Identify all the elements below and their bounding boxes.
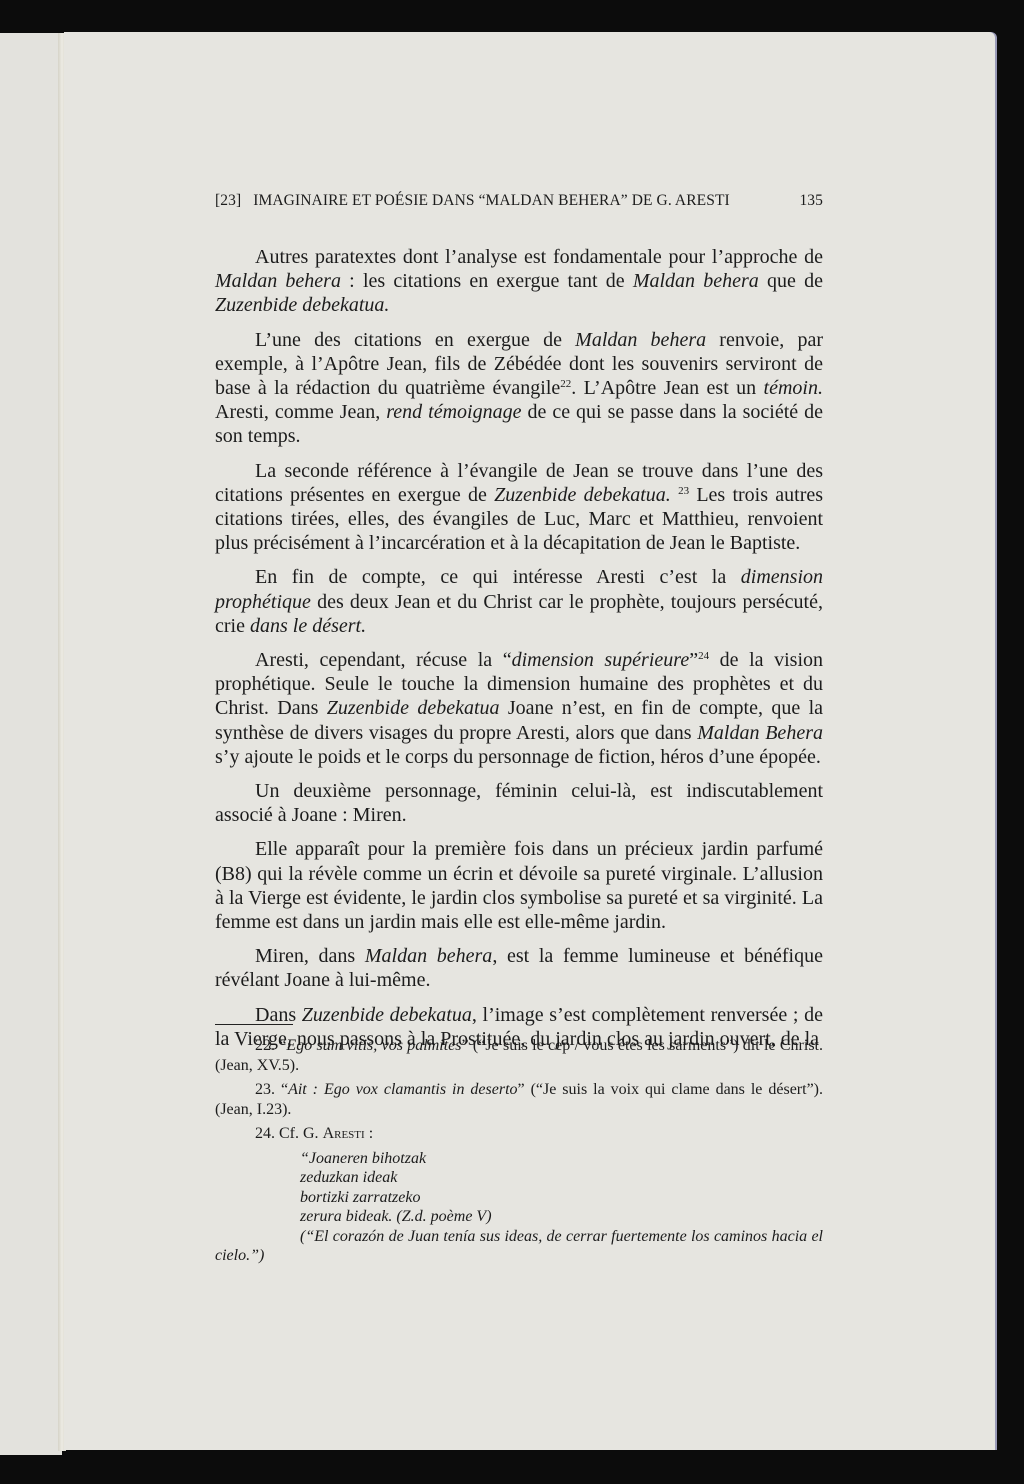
text: : — [365, 1125, 373, 1142]
text: . L’Apôtre Jean est un — [571, 377, 763, 399]
italic-text: dimension supérieure — [512, 649, 690, 671]
italic-text: Zuzenbide debekatua — [327, 697, 500, 719]
verse-line: bortizki zarratzeko — [300, 1188, 823, 1208]
italic-text: Ego sum vitis, vos palmites — [286, 1037, 461, 1054]
text: Autres paratextes dont l’analyse est fon… — [255, 246, 823, 268]
italic-text: Maldan behera — [575, 329, 706, 351]
footnote: 23. “Ait : Ego vox clamantis in deserto”… — [215, 1080, 823, 1119]
verse-line: “Joaneren bihotzak — [300, 1149, 823, 1169]
italic-text: Maldan behera — [365, 945, 492, 967]
running-header: [23] IMAGINAIRE ET POÉSIE DANS “MALDAN B… — [215, 192, 823, 210]
italic-text: Zuzenbide debekatua. — [494, 484, 671, 506]
facing-page-edge — [0, 33, 62, 1455]
italic-text: Maldan Behera — [697, 722, 823, 744]
body-text: Autres paratextes dont l’analyse est fon… — [215, 245, 823, 1061]
italic-text: témoin. — [764, 377, 823, 399]
italic-text: Ait : Ego vox clamantis in deserto — [288, 1081, 517, 1098]
verse-line: zeduzkan ideak — [300, 1168, 823, 1188]
text: Miren, dans — [255, 945, 365, 967]
text: Un deuxième personnage, féminin celui-là… — [215, 780, 823, 826]
text — [671, 484, 678, 506]
text: Elle apparaît pour la première fois dans… — [215, 838, 823, 933]
footnotes: 22. “Ego sum vitis, vos palmites” (“Je s… — [215, 1036, 823, 1271]
paragraph: L’une des citations en exergue de Maldan… — [215, 328, 823, 449]
italic-text: rend témoignage — [386, 401, 521, 423]
footnote: 22. “Ego sum vitis, vos palmites” (“Je s… — [215, 1036, 823, 1075]
italic-text: Zuzenbide debekatua. — [215, 294, 389, 316]
text: L’une des citations en exergue de — [255, 329, 575, 351]
verse-line: zerura bideak. (Z.d. poème V) — [300, 1207, 823, 1227]
footnote-ref: 23 — [678, 485, 689, 497]
paragraph: Un deuxième personnage, féminin celui-là… — [215, 779, 823, 827]
text: 22. “ — [255, 1037, 286, 1054]
page-number: 135 — [799, 192, 823, 210]
paragraph: La seconde référence à l’évangile de Jea… — [215, 459, 823, 556]
paragraph: Miren, dans Maldan behera, est la femme … — [215, 944, 823, 992]
footnote-verse: “Joaneren bihotzakzeduzkan ideakbortizki… — [300, 1149, 823, 1227]
text: En fin de compte, ce qui intéresse Arest… — [255, 566, 741, 588]
text: 23. “ — [255, 1081, 288, 1098]
running-title: IMAGINAIRE ET POÉSIE DANS “MALDAN BEHERA… — [253, 192, 730, 210]
paragraph: Elle apparaît pour la première fois dans… — [215, 837, 823, 934]
small-caps-text: Aresti — [323, 1125, 365, 1142]
footnote: 24. Cf. G. Aresti : — [215, 1124, 823, 1144]
italic-text: Maldan behera — [633, 270, 759, 292]
text: s’y ajoute le poids et le corps du perso… — [215, 746, 821, 768]
footnote-ref: 22 — [560, 378, 571, 390]
italic-text: Maldan behera — [215, 270, 341, 292]
text: Dans — [255, 1004, 302, 1026]
text: 24. Cf. G. — [255, 1125, 323, 1142]
italic-text: dans le désert. — [250, 615, 366, 637]
footnote-ref: 24 — [698, 650, 709, 662]
italic-text: Zuzenbide debekatua — [302, 1004, 472, 1026]
paragraph: Aresti, cependant, récuse la “dimension … — [215, 648, 823, 769]
text: ” — [689, 649, 698, 671]
text: Aresti, comme Jean, — [215, 401, 386, 423]
paragraph: Autres paratextes dont l’analyse est fon… — [215, 245, 823, 318]
footnote-translation: (“El corazón de Juan tenía sus ideas, de… — [215, 1227, 823, 1266]
text: que de — [759, 270, 823, 292]
paragraph: En fin de compte, ce qui intéresse Arest… — [215, 565, 823, 638]
text: Aresti, cependant, récuse la “ — [255, 649, 512, 671]
section-number: [23] — [215, 192, 241, 210]
text: : les citations en exergue tant de — [341, 270, 633, 292]
footnote-separator — [215, 1024, 293, 1025]
